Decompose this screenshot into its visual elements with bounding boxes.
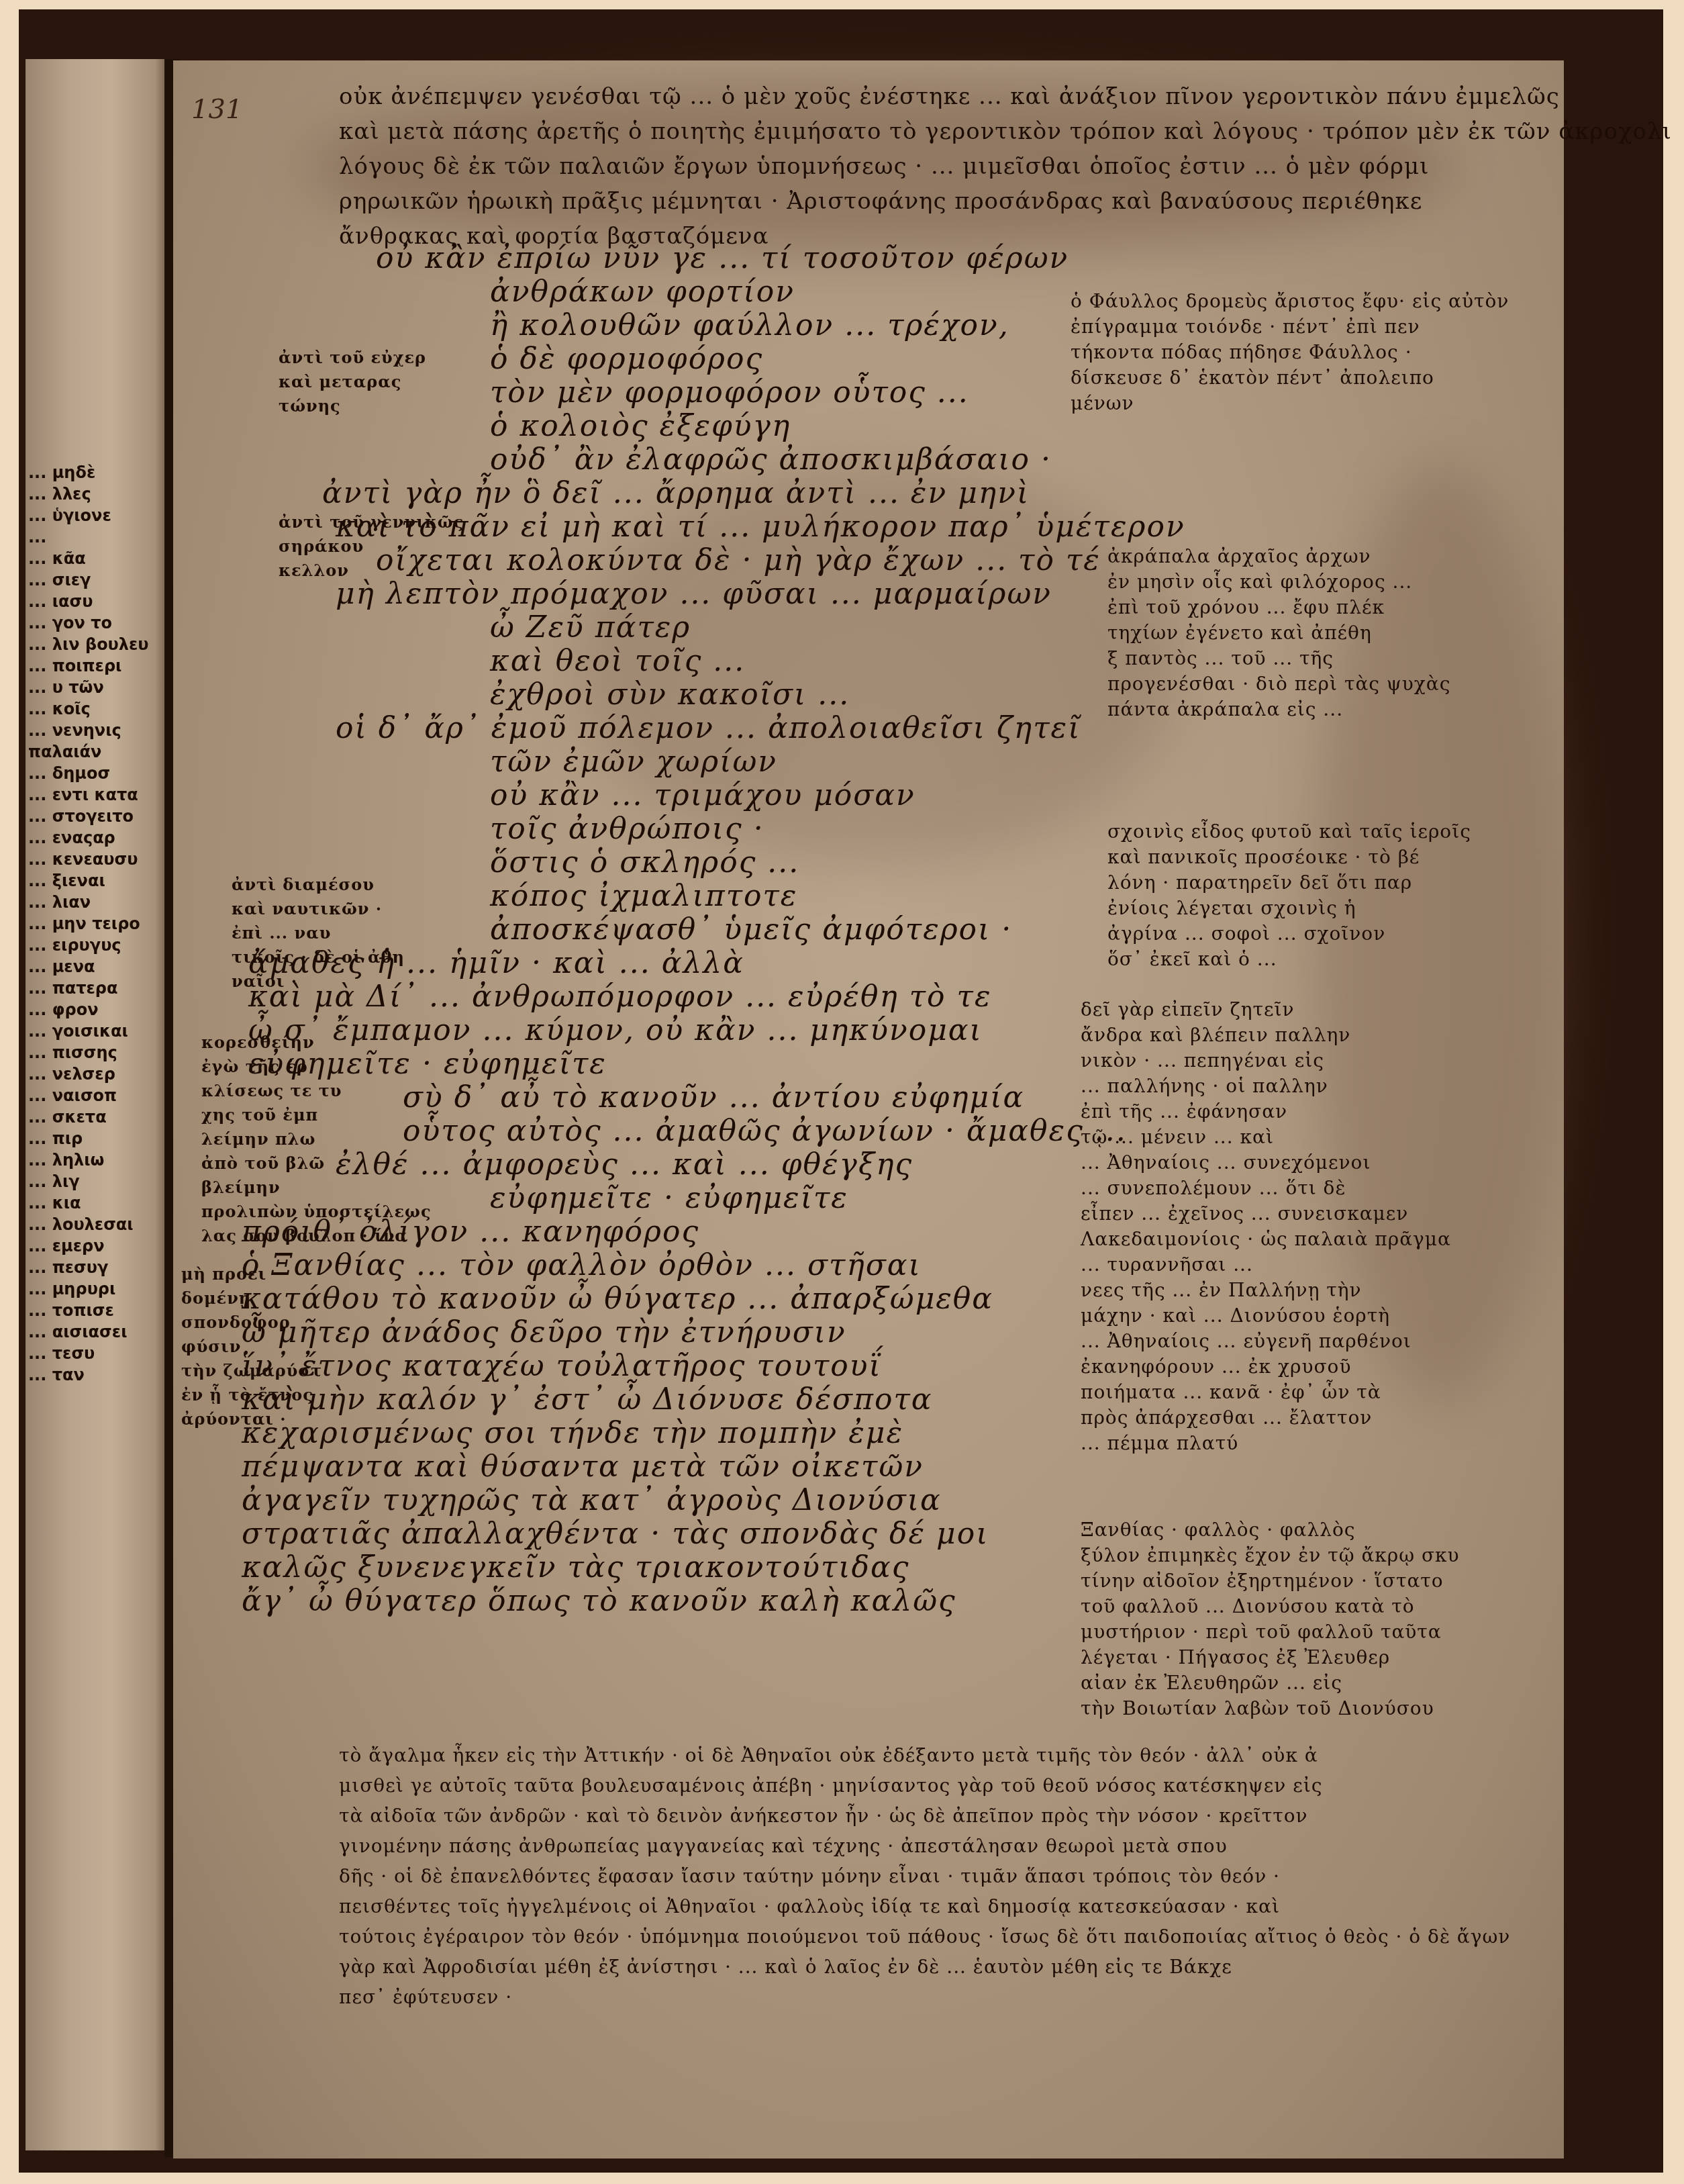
fragment-line: ... εντι κατα <box>28 784 162 806</box>
fragment-line: ... σκετα <box>28 1106 162 1128</box>
fragment-line: ... κια <box>28 1192 162 1214</box>
verse-line: οὐδ᾽ ἂν ἐλαφρῶς ἀποσκιμβάσαιο · <box>490 443 1185 477</box>
verse-line: ἀγαγεῖν τυχηρῶς τὰ κατ᾽ ἀγροὺς Διονύσια <box>242 1484 1185 1517</box>
scholion-line: ἐν μησὶν οἷς καὶ φιλόχορος ... <box>1107 569 1450 595</box>
scholion-line: Ξανθίας · φαλλὸς · φαλλὸς <box>1081 1517 1460 1543</box>
verse-line: οἱ δ᾽ ἄρ᾽ ἐμοῦ πόλεμον ... ἀπολοιαθεῖσι … <box>336 712 1185 745</box>
gloss-line: ἀρύονται · <box>181 1407 322 1431</box>
fragment-line: ... πατερα <box>28 978 162 999</box>
scholion-line: νεες τῆς ... ἐν Παλλήνῃ τὴν <box>1081 1278 1451 1303</box>
scholion-line: μένων <box>1071 391 1509 416</box>
scholion-line: τῷ ... μένειν ... καὶ <box>1081 1125 1451 1150</box>
fragment-line: ... ὑγιονε <box>28 505 162 526</box>
gloss-line: ἐπὶ ... ναυ <box>232 921 405 945</box>
fragment-line: ... ξιεναι <box>28 870 162 892</box>
scholion-line: δίσκευσε δ᾽ ἑκατὸν πέντ᾽ ἀπολειπο <box>1071 365 1509 391</box>
scholion-line: λέγεται · Πήγασος ἐξ Ἐλευθερ <box>1081 1645 1460 1670</box>
fragment-line: ... κᾶα <box>28 548 162 569</box>
scholion-line: μάχην · καὶ ... Διονύσου ἑορτὴ <box>1081 1303 1451 1329</box>
gloss-line: ἀντὶ τοῦ εὐχερ <box>279 346 426 370</box>
scholion-line: ... παλλήνης · οἱ παλλην <box>1081 1074 1451 1099</box>
scholion-line: οὐκ ἀνέπεμψεν γενέσθαι τῷ ... ὁ μὲν χοῦς… <box>339 79 1534 114</box>
fragment-line: ... πιρ <box>28 1128 162 1149</box>
scholion-line: μισθεὶ γε αὐτοῖς ταῦτα βουλευσαμένοις ἀπ… <box>339 1770 1510 1801</box>
gloss-line: προλιπὼν ὑποστείλεως <box>201 1200 432 1224</box>
gloss-line: κελλον <box>279 559 464 583</box>
gloss-line: σηράκου <box>279 534 464 559</box>
header-scholia: οὐκ ἀνέπεμψεν γενέσθαι τῷ ... ὁ μὲν χοῦς… <box>339 79 1534 254</box>
fragment-line: ... μηρυρι <box>28 1278 162 1300</box>
gloss-line: ἀντὶ διαμέσου <box>232 873 405 897</box>
fragment-line: ... νενηνις <box>28 720 162 741</box>
fragment-line: ... φρον <box>28 999 162 1020</box>
scholion-line: γινομένην πάσης ἀνθρωπείας μαγγανείας κα… <box>339 1831 1510 1861</box>
scholion-line: ρηρωικῶν ἡρωικὴ πρᾶξις μέμνηται · Ἀριστο… <box>339 184 1534 219</box>
verse-line: οὐ κἂν ... τριμάχου μόσαν <box>490 779 1185 812</box>
scholion-line: ἐνίοις λέγεται σχοινὶς ἡ <box>1107 896 1471 921</box>
verse-line: ὅστις ὁ σκληρός ... <box>490 846 1185 880</box>
fragment-line: ... στογειτο <box>28 806 162 827</box>
fragment-line: ... πισσης <box>28 1042 162 1063</box>
gloss-line: σπονδοφορ <box>181 1311 322 1335</box>
fragment-line: ... ποιπερι <box>28 655 162 677</box>
gloss-line: δομένῃ <box>181 1286 322 1311</box>
scholion-line: καὶ πανικοῖς προσέοικε · τὸ βέ <box>1107 845 1471 870</box>
fragment-line: ... δημοσ <box>28 763 162 784</box>
scholion-line: ... Ἀθηναίοις ... συνεχόμενοι <box>1081 1150 1451 1176</box>
scholion-line: τηχίων ἐγένετο καὶ ἀπέθη <box>1107 620 1450 646</box>
verse-line: καὶ θεοὶ τοῖς ... <box>490 645 1185 678</box>
scholion-line: αἰαν ἐκ Ἐλευθηρῶν ... εἰς <box>1081 1670 1460 1696</box>
fragment-line: ... αισιασει <box>28 1321 162 1343</box>
scholion-line: πεισθέντες τοῖς ἠγγελμένοις οἱ Ἀθηναῖοι … <box>339 1891 1510 1921</box>
right-scholion-phallos: Ξανθίας · φαλλὸς · φαλλὸςξύλον ἐπιμηκὲς … <box>1081 1517 1460 1721</box>
main-text-column: οὐ κἂν ἐπρίω νῦν γε ... τί τοσοῦτον φέρω… <box>376 242 1185 1618</box>
scholion-line: τούτοις ἐγέραιρον τὸν θεόν · ὑπόμνημα πο… <box>339 1921 1510 1952</box>
gloss-line: λείμην πλω <box>201 1127 432 1151</box>
fragment-line: ... μενα <box>28 956 162 978</box>
verse-line: κατάθου τὸ κανοῦν ὦ θύγατερ ... ἀπαρξώμε… <box>242 1282 1185 1316</box>
scholion-line: ... τυραννῆσαι ... <box>1081 1252 1451 1278</box>
scholion-line: πρὸς ἀπάρχεσθαι ... ἔλαττον <box>1081 1405 1451 1431</box>
scholion-line: τοῦ φαλλοῦ ... Διονύσου κατὰ τὸ <box>1081 1594 1460 1619</box>
verse-line: τοῖς ἀνθρώποις · <box>490 812 1185 846</box>
scholion-line: ἐπὶ τοῦ χρόνου ... ἔφυ πλέκ <box>1107 595 1450 620</box>
scholion-line: πεσ᾽ ἐφύτευσεν · <box>339 1982 1510 2012</box>
fragment-line: ... ναισοπ <box>28 1085 162 1106</box>
fragment-line: ... τεσυ <box>28 1343 162 1364</box>
scholion-line: νικὸν · ... πεπηγέναι εἰς <box>1081 1048 1451 1074</box>
scholion-line: δεῖ γὰρ εἰπεῖν ζητεῖν <box>1081 997 1451 1023</box>
scholion-line: λόγους δὲ ἐκ τῶν παλαιῶν ἔργων ὑπομνήσεω… <box>339 149 1534 184</box>
fragment-line: ... κοῖς <box>28 698 162 720</box>
bottom-scholion: τὸ ἄγαλμα ἧκεν εἰς τὴν Ἀττικήν · οἱ δὲ Ἀ… <box>339 1740 1510 2012</box>
fragment-line: ... υ τῶν <box>28 677 162 698</box>
fragment-line: ... ειρυγυς <box>28 935 162 956</box>
fragment-line: ... γον το <box>28 612 162 634</box>
verse-line: κόπος ἰχμαλιπτοτε <box>490 880 1185 913</box>
scholion-line: ἀγρίνα ... σοφοὶ ... σχοῖνον <box>1107 921 1471 947</box>
scholion-line: ... Ἀθηναίοις ... εὐγενῆ παρθένοι <box>1081 1329 1451 1354</box>
scholion-line: λόνη · παρατηρεῖν δεῖ ὅτι παρ <box>1107 870 1471 896</box>
verse-line: κεχαρισμένως σοι τήνδε τὴν πομπὴν ἐμὲ <box>242 1417 1185 1450</box>
scholion-line: Λακεδαιμονίοις · ὡς παλαιὰ πρᾶγμα <box>1081 1227 1451 1252</box>
verse-line: οὐ κἂν ἐπρίω νῦν γε ... τί τοσοῦτον φέρω… <box>376 242 1185 275</box>
gloss-line: λας σου βουλοπ · ἵνα <box>201 1224 432 1248</box>
fragment-line: παλαιάν <box>28 741 162 763</box>
scholion-line: ἐπὶ τῆς ... ἐφάνησαν <box>1081 1099 1451 1125</box>
left-margin-scholion-4: κορεσθείηνἐγὼ τῆς ἐρκλίσεως τε τυχης τοῦ… <box>201 1031 432 1248</box>
right-scholion-schoinis: σχοινὶς εἶδος φυτοῦ καὶ ταῖς ἱεροῖςκαὶ π… <box>1107 819 1471 972</box>
gloss-line: καὶ μεταρας <box>279 370 426 394</box>
fragment-line: ... ιασυ <box>28 591 162 612</box>
scholion-line: ὅσ᾽ ἐκεῖ καὶ ὁ ... <box>1107 947 1471 972</box>
fragment-line: ... λιαν <box>28 892 162 913</box>
scholion-line: ... πέμμα πλατύ <box>1081 1431 1451 1456</box>
scholion-line: ποιήματα ... κανᾶ · ἐφ᾽ ὧν τὰ <box>1081 1380 1451 1405</box>
fragment-line: ... νελσερ <box>28 1063 162 1085</box>
fragment-line: ... <box>28 526 162 548</box>
fragment-line: ... εναςαρ <box>28 827 162 849</box>
fragment-line: ... λουλεσαι <box>28 1214 162 1235</box>
gloss-line: ναῖοι · <box>232 969 405 994</box>
gloss-line: μὴ προει <box>181 1262 322 1286</box>
gloss-line: χης τοῦ ἐμπ <box>201 1103 432 1127</box>
scholion-line: τὸ ἄγαλμα ἧκεν εἰς τὴν Ἀττικήν · οἱ δὲ Ἀ… <box>339 1740 1510 1770</box>
fragment-line: ... κενεαυσυ <box>28 849 162 870</box>
left-margin-scholion-5: μὴ προειδομένῃσπονδοφορφύσιντὴν ζωμαρύστ… <box>181 1262 322 1431</box>
scholion-line: τὴν Βοιωτίαν λαβὼν τοῦ Διονύσου <box>1081 1696 1460 1721</box>
scholion-line: ἐπίγραμμα τοιόνδε · πέντ᾽ ἐπὶ πεν <box>1071 314 1509 340</box>
right-scholion-phayllos: ὁ Φάυλλος δρομεὺς ἄριστος ἔφυ· εἰς αὐτὸν… <box>1071 289 1509 416</box>
scholion-line: ξύλον ἐπιμηκὲς ἔχον ἐν τῷ ἄκρῳ σκυ <box>1081 1543 1460 1568</box>
verse-line: ὦ Ζεῦ πάτερ <box>490 611 1185 645</box>
verse-line: ὁ Ξανθίας ... τὸν φαλλὸν ὀρθὸν ... στῆσα… <box>242 1249 1185 1282</box>
gloss-line: ἐν ᾗ τὸ ἔτνος <box>181 1383 322 1407</box>
gloss-line: φύσιν <box>181 1335 322 1359</box>
gloss-line: καὶ ναυτικῶν · <box>232 897 405 921</box>
gloss-line: ἐγὼ τῆς ἐρ <box>201 1055 432 1079</box>
fragment-line: ... μηδὲ <box>28 462 162 483</box>
gloss-line: τικοῖς · δὲ οἱ ἀθη <box>232 945 405 969</box>
verse-line: στρατιᾶς ἀπαλλαχθέντα · τὰς σπονδὰς δέ μ… <box>242 1517 1185 1551</box>
scholion-line: τίνην αἰδοῖον ἐξηρτημένον · ἵστατο <box>1081 1568 1460 1594</box>
fragment-line: ... σιεγ <box>28 569 162 591</box>
gloss-line: τώνης <box>279 394 426 418</box>
scholion-line: ἄνδρα καὶ βλέπειν παλλην <box>1081 1023 1451 1048</box>
verse-line: πέμψαντα καὶ θύσαντα μετὰ τῶν οἰκετῶν <box>242 1450 1185 1484</box>
scholion-line: ἀκράπαλα ἀρχαῖος ἀρχων <box>1107 544 1450 569</box>
fragment-line: ... τοπισε <box>28 1300 162 1321</box>
scholion-line: ἐκανηφόρουν ... ἐκ χρυσοῦ <box>1081 1354 1451 1380</box>
fragment-line: ... λιν βουλευ <box>28 634 162 655</box>
gloss-line: βλείμην <box>201 1176 432 1200</box>
scholion-line: ὁ Φάυλλος δρομεὺς ἄριστος ἔφυ· εἰς αὐτὸν <box>1071 289 1509 314</box>
folio-number: 131 <box>191 94 242 125</box>
verse-line: οἴχεται κολοκύντα δὲ · μὴ γὰρ ἔχων ... τ… <box>376 544 1185 577</box>
scholion-line: εἶπεν ... ἐχεῖνος ... συνεισκαμεν <box>1081 1201 1451 1227</box>
verse-line: σὺ δ᾽ αὖ τὸ κανοῦν ... ἀντίου εὐφημία <box>403 1081 1185 1114</box>
scholion-line: καὶ μετὰ πάσης ἀρετῆς ὁ ποιητὴς ἐμιμήσατ… <box>339 114 1534 149</box>
gloss-line: κλίσεως τε τυ <box>201 1079 432 1103</box>
fragment-line: ... ταν <box>28 1364 162 1386</box>
verse-line: ἐχθροὶ σὺν κακοῖσι ... <box>490 678 1185 712</box>
scholion-line: ξ παντὸς ... τοῦ ... τῆς <box>1107 646 1450 671</box>
left-margin-scholion-2: ἀντὶ τοῦ γεννικῶςσηράκουκελλον <box>279 510 464 583</box>
scholion-line: ... συνεπολέμουν ... ὅτι δὲ <box>1081 1176 1451 1201</box>
facing-page-fragment: ... μηδὲ... λλες... ὑγιονε...... κᾶα... … <box>26 59 170 2150</box>
verse-line: τῶν ἐμῶν χωρίων <box>490 745 1185 779</box>
right-scholion-akrapala: ἀκράπαλα ἀρχαῖος ἀρχωνἐν μησὶν οἷς καὶ φ… <box>1107 544 1450 722</box>
scholion-line: προγενέσθαι · διὸ περὶ τὰς ψυχὰς <box>1107 671 1450 697</box>
fragment-line: ... λλες <box>28 483 162 505</box>
scholion-line: σχοινὶς εἶδος φυτοῦ καὶ ταῖς ἱεροῖς <box>1107 819 1471 845</box>
verse-line: ἀποσκέψασθ᾽ ὑμεῖς ἀμφότεροι · <box>490 913 1185 947</box>
gloss-line: ἀπὸ τοῦ βλῶ <box>201 1151 432 1176</box>
left-margin-scholion-1: ἀντὶ τοῦ εὐχερκαὶ μεταραςτώνης <box>279 346 426 418</box>
verse-line: καλῶς ξυνενεγκεῖν τὰς τριακοντούτιδας <box>242 1551 1185 1584</box>
scholion-line: πάντα ἀκράπαλα εἰς ... <box>1107 697 1450 722</box>
gloss-line: τὴν ζωμαρύστ <box>181 1359 322 1383</box>
verse-line: ἐλθέ ... ἀμφορεὺς ... καὶ ... φθέγξης <box>336 1148 1185 1182</box>
fragment-line: ... πεσυγ <box>28 1257 162 1278</box>
verse-line: ἵν᾽ ἔτνος καταχέω τοὐλατῆρος τουτουΐ <box>242 1349 1185 1383</box>
fragment-line: ... γοισικαι <box>28 1020 162 1042</box>
scholion-line: μυστήριον · περὶ τοῦ φαλλοῦ ταῦτα <box>1081 1619 1460 1645</box>
gloss-line: κορεσθείην <box>201 1031 432 1055</box>
right-scholion-pallene: δεῖ γὰρ εἰπεῖν ζητεῖνἄνδρα καὶ βλέπειν π… <box>1081 997 1451 1456</box>
scholion-line: γὰρ καὶ Ἀφροδισίαι μέθη ἐξ ἀνίστησι · ..… <box>339 1952 1510 1982</box>
verse-line: ἀντὶ γὰρ ἦν ὃ δεῖ ... ἄρρημα ἀντὶ ... ἐν… <box>322 477 1185 510</box>
gloss-line: ἀντὶ τοῦ γεννικῶς <box>279 510 464 534</box>
verse-line: καὶ μὴν καλόν γ᾽ ἐστ᾽ ὦ Διόνυσε δέσποτα <box>242 1383 1185 1417</box>
scholion-line: τήκοντα πόδας πήδησε Φάυλλος · <box>1071 340 1509 365</box>
verse-line: οὗτος αὐτὸς ... ἀμαθῶς ἀγωνίων · ἄμαθες … <box>403 1114 1185 1148</box>
fragment-line: ... λιγ <box>28 1171 162 1192</box>
fragment-line: ... ληλιω <box>28 1149 162 1171</box>
scholion-line: δῆς · οἱ δὲ ἐπανελθόντες ἔφασαν ἴασιν τα… <box>339 1861 1510 1891</box>
scholion-line: τὰ αἰδοῖα τῶν ἀνδρῶν · καὶ τὸ δεινὸν ἀνή… <box>339 1801 1510 1831</box>
left-margin-scholion-3: ἀντὶ διαμέσουκαὶ ναυτικῶν ·ἐπὶ ... ναυτι… <box>232 873 405 994</box>
fragment-line: ... μην τειρο <box>28 913 162 935</box>
verse-line: ὦ μῆτερ ἀνάδος δεῦρο τὴν ἐτνήρυσιν <box>242 1316 1185 1349</box>
fragment-line: ... εμερν <box>28 1235 162 1257</box>
verse-line: ἄγ᾽ ὦ θύγατερ ὅπως τὸ κανοῦν καλὴ καλῶς <box>242 1584 1185 1618</box>
